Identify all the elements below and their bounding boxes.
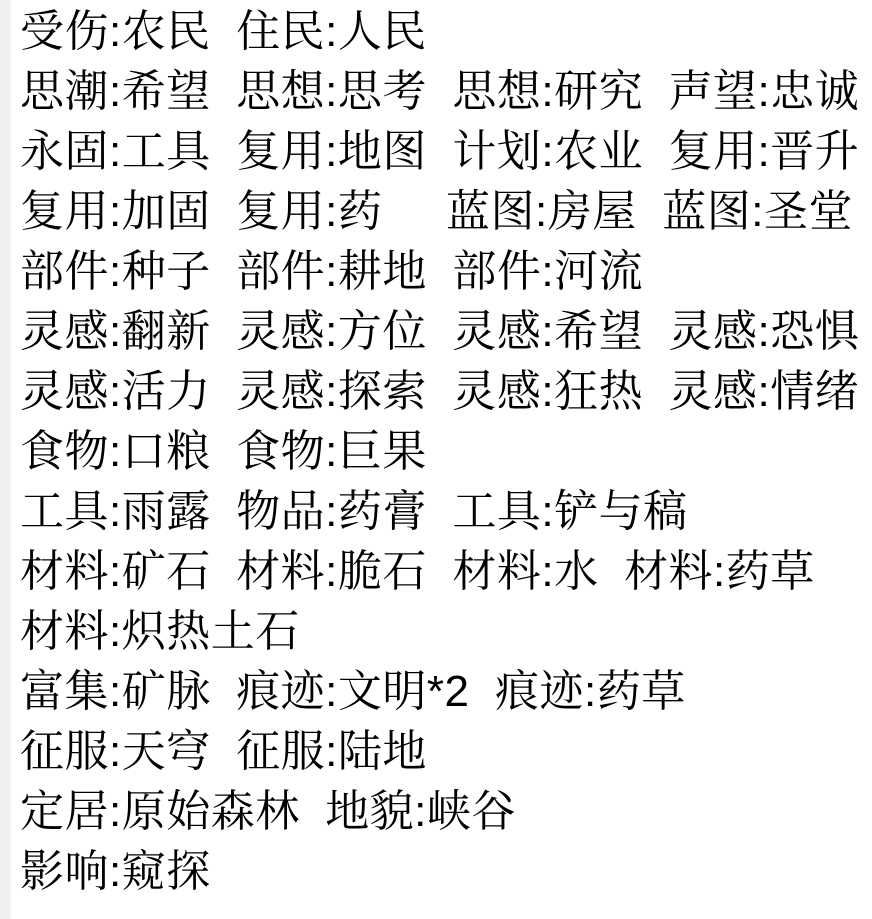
entry: 受伤:农民 bbox=[20, 7, 211, 56]
entry: 思想:思考 bbox=[236, 67, 427, 116]
entry: 灵感:恐惧 bbox=[669, 307, 860, 356]
entry: 永固:工具 bbox=[20, 127, 211, 176]
entry: 材料:矿石 bbox=[20, 547, 211, 596]
entry: 材料:药草 bbox=[624, 547, 815, 596]
text-line-5: 部件:种子 部件:耕地 部件:河流 bbox=[20, 242, 872, 302]
text-line-8: 食物:口粮 食物:巨果 bbox=[20, 422, 872, 482]
entry: 灵感:活力 bbox=[20, 367, 211, 416]
entry: 富集:矿脉 bbox=[20, 667, 211, 716]
entry: 部件:河流 bbox=[452, 247, 643, 296]
entry: 材料:脆石 bbox=[236, 547, 427, 596]
text-line-14: 定居:原始森林 地貌:峡谷 bbox=[20, 782, 872, 842]
text-line-13: 征服:天穹 征服:陆地 bbox=[20, 722, 872, 782]
entry: 食物:口粮 bbox=[20, 427, 211, 476]
text-line-7: 灵感:活力 灵感:探索 灵感:狂热 灵感:情绪 bbox=[20, 362, 872, 422]
text-line-10: 材料:矿石 材料:脆石 材料:水 材料:药草 bbox=[20, 542, 872, 602]
entry: 工具:铲与稿 bbox=[452, 487, 687, 536]
entry: 材料:水 bbox=[452, 547, 598, 596]
entry: 复用:药 bbox=[236, 187, 420, 236]
entry: 物品:药膏 bbox=[236, 487, 427, 536]
entry: 蓝图:圣堂 bbox=[662, 187, 853, 236]
entry: 住民:人民 bbox=[236, 7, 427, 56]
entry: 复用:地图 bbox=[236, 127, 427, 176]
entry: 灵感:翻新 bbox=[20, 307, 211, 356]
text-line-1: 受伤:农民 住民:人民 bbox=[20, 2, 872, 62]
text-line-9: 工具:雨露 物品:药膏 工具:铲与稿 bbox=[20, 482, 872, 542]
text-line-11: 材料:炽热土石 bbox=[20, 602, 872, 662]
entry: 材料:炽热土石 bbox=[20, 607, 300, 656]
text-line-15: 影响:窥探 bbox=[20, 842, 872, 902]
entry: 部件:耕地 bbox=[236, 247, 427, 296]
left-edge-strip bbox=[0, 0, 12, 919]
entry: 灵感:探索 bbox=[236, 367, 427, 416]
text-line-3: 永固:工具 复用:地图 计划:农业 复用:晋升 bbox=[20, 122, 872, 182]
entry: 地貌:峡谷 bbox=[325, 787, 516, 836]
entry: 征服:陆地 bbox=[236, 727, 427, 776]
entry: 灵感:希望 bbox=[452, 307, 643, 356]
entry: 痕迹:药草 bbox=[495, 667, 686, 716]
text-line-2: 思潮:希望 思想:思考 思想:研究 声望:忠诚 bbox=[20, 62, 872, 122]
entry: 复用:加固 bbox=[20, 187, 211, 236]
entry: 思潮:希望 bbox=[20, 67, 211, 116]
entry: 复用:晋升 bbox=[669, 127, 860, 176]
entry: 灵感:狂热 bbox=[452, 367, 643, 416]
entry: 痕迹:文明*2 bbox=[236, 667, 469, 716]
text-line-4: 复用:加固 复用:药 蓝图:房屋 蓝图:圣堂 bbox=[20, 182, 872, 242]
entry: 计划:农业 bbox=[452, 127, 643, 176]
entry: 思想:研究 bbox=[452, 67, 643, 116]
entry: 征服:天穹 bbox=[20, 727, 211, 776]
entry: 食物:巨果 bbox=[236, 427, 427, 476]
entry: 蓝图:房屋 bbox=[446, 187, 637, 236]
entry: 灵感:方位 bbox=[236, 307, 427, 356]
entry: 部件:种子 bbox=[20, 247, 211, 296]
entry: 定居:原始森林 bbox=[20, 787, 300, 836]
entry: 影响:窥探 bbox=[20, 847, 211, 896]
text-line-12: 富集:矿脉 痕迹:文明*2 痕迹:药草 bbox=[20, 662, 872, 722]
entry-list: 受伤:农民 住民:人民思潮:希望 思想:思考 思想:研究 声望:忠诚永固:工具 … bbox=[20, 2, 872, 902]
entry: 声望:忠诚 bbox=[669, 67, 860, 116]
entry: 工具:雨露 bbox=[20, 487, 211, 536]
text-line-6: 灵感:翻新 灵感:方位 灵感:希望 灵感:恐惧 bbox=[20, 302, 872, 362]
entry: 灵感:情绪 bbox=[669, 367, 860, 416]
